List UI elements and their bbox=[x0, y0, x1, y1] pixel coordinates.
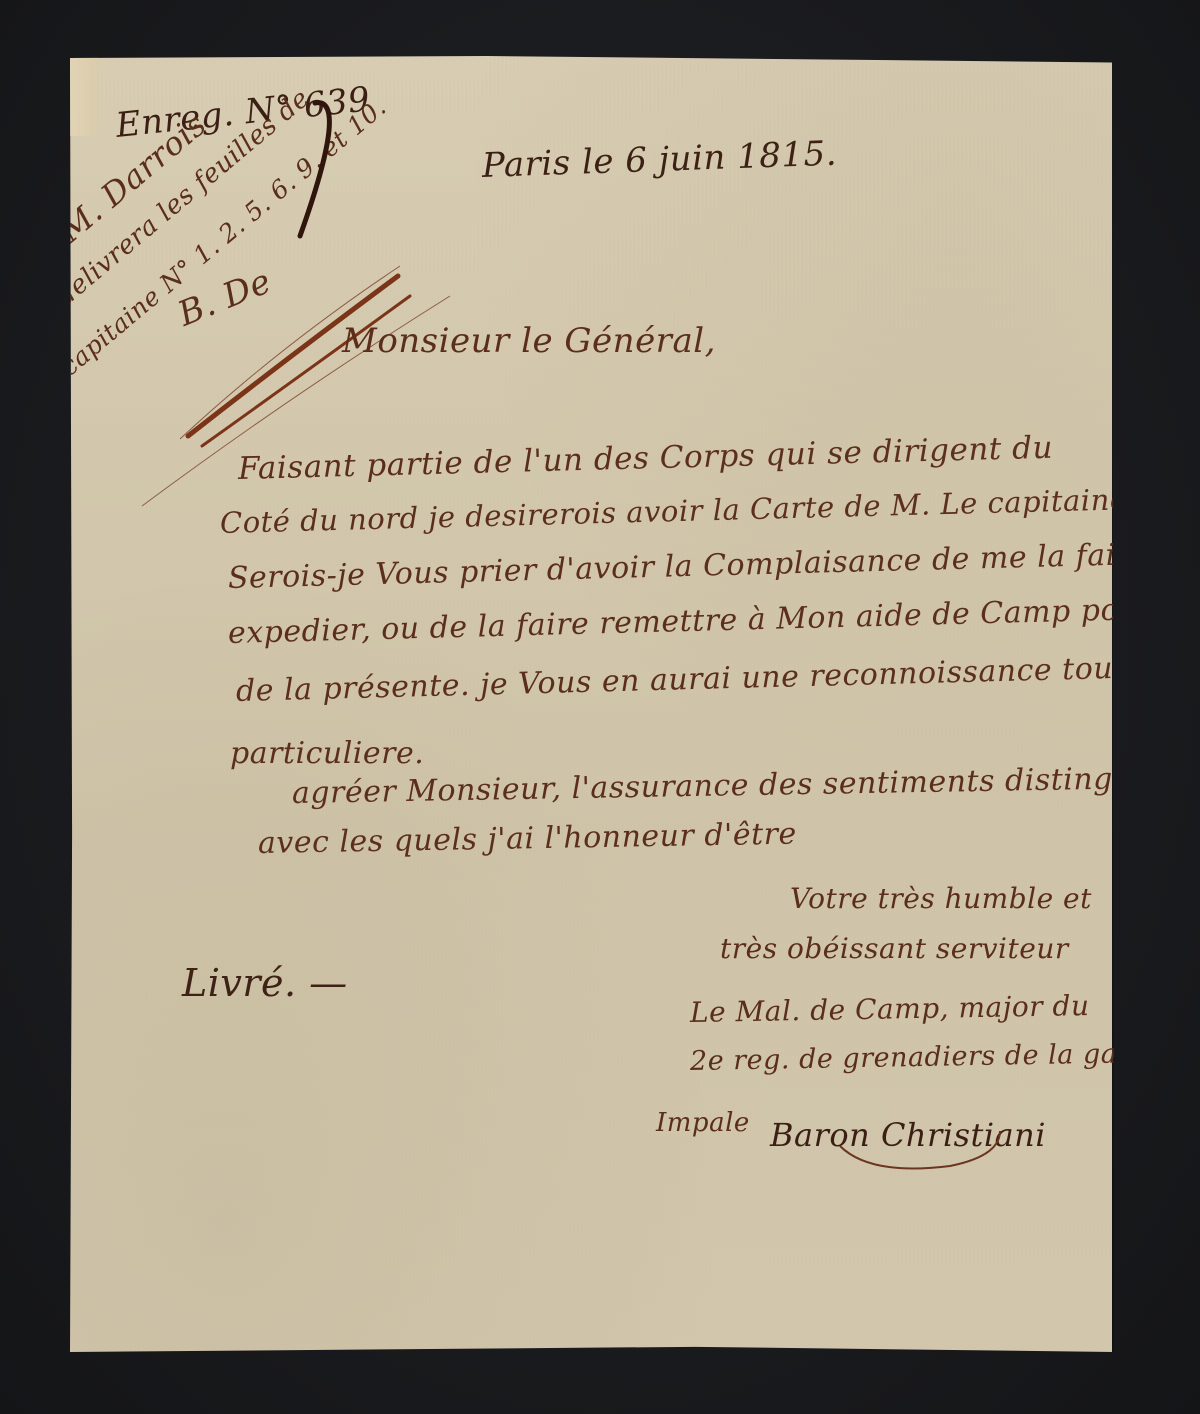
delivery-note: Livré. — bbox=[182, 961, 348, 1005]
signature-line: 2e reg. de grenadiers de la garde bbox=[690, 1038, 1165, 1077]
signature: Baron Christiani bbox=[770, 1116, 1046, 1154]
signature-line: très obéissant serviteur bbox=[720, 932, 1069, 965]
closing-line: avec les quels j'ai l'honneur d'être bbox=[258, 817, 797, 861]
signature-line: Votre très humble et bbox=[790, 882, 1092, 915]
body-line: Faisant partie de l'un des Corps qui se … bbox=[238, 430, 1054, 487]
body-line: Coté du nord je desirerois avoir la Cart… bbox=[220, 482, 1128, 540]
salutation: Monsieur le Général, bbox=[342, 321, 716, 361]
body-line: de la présente. je Vous en aurai une rec… bbox=[236, 650, 1145, 709]
signature-line: Le Mal. de Camp, major du bbox=[690, 989, 1090, 1029]
body-line: Serois-je Vous prier d'avoir la Complais… bbox=[228, 537, 1150, 596]
body-line: expedier, ou de la faire remettre à Mon … bbox=[228, 591, 1200, 651]
body-line: particuliere. bbox=[230, 736, 424, 771]
signature-line: Impale bbox=[656, 1108, 750, 1138]
place-date: Paris le 6 juin 1815. bbox=[481, 134, 837, 186]
letter-paper: Enreg. N° 639 M. Darrois delivrera les f… bbox=[70, 56, 1112, 1352]
